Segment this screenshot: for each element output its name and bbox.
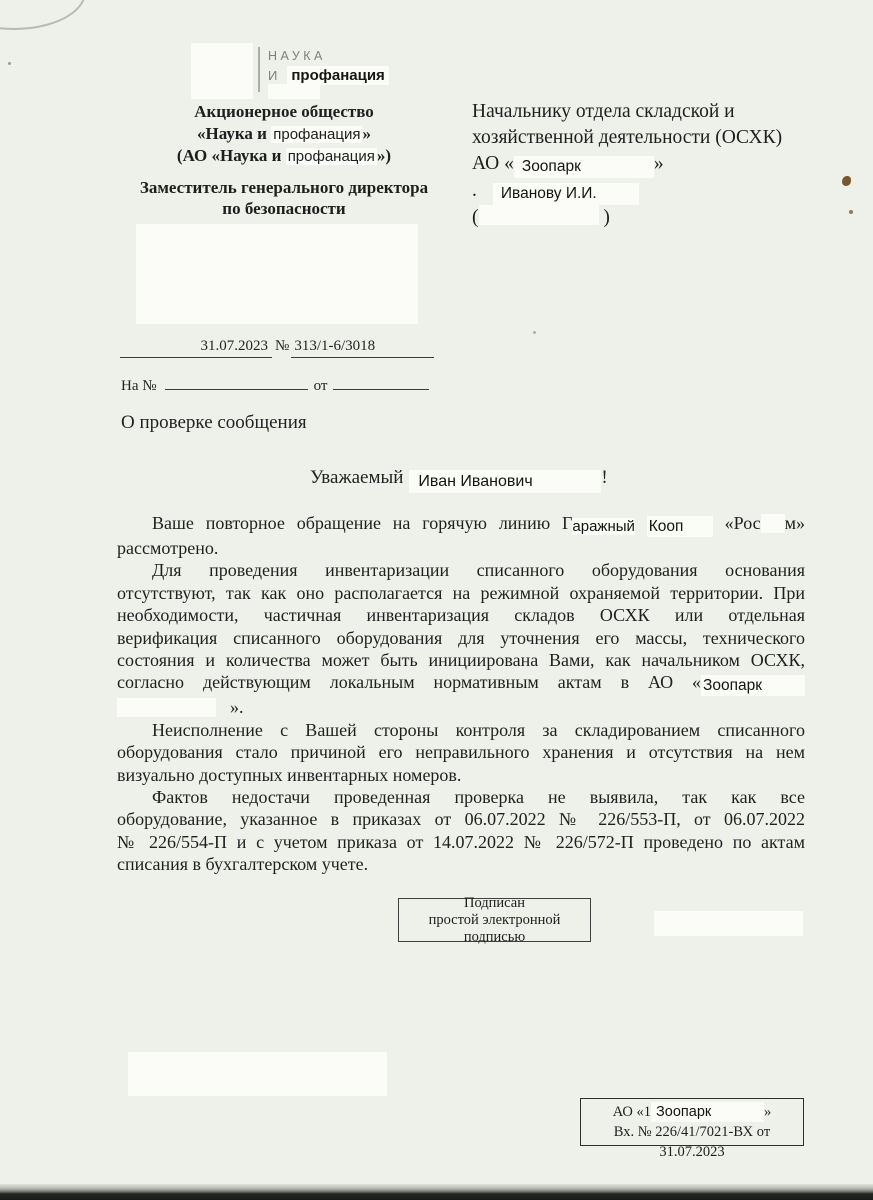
recipient-line3-pre: АО «: [472, 153, 514, 174]
sender-block: Акционерное общество «Наука и профанация…: [118, 101, 450, 220]
recipient-name-overlay: Иванову И.И.: [493, 183, 639, 205]
scan-edge-band: [0, 1184, 873, 1200]
recipient-line3-post: »: [654, 153, 664, 174]
body-line: согласно действующим локальным нормативн…: [117, 671, 805, 696]
body-line: состояния и количества может быть иниции…: [117, 649, 805, 671]
body-line: ».: [117, 696, 805, 718]
letter-number: 313/1-6/3018: [291, 338, 434, 358]
sender-org-line2-overlay: профанация: [271, 126, 362, 143]
subject-line: О проверке сообщения: [121, 412, 307, 434]
incoming-stamp-org-overlay: Зоопарк: [651, 1102, 764, 1122]
reply-reference-line: На №от: [121, 372, 429, 395]
body-line: списания в бухгалтерском учете.: [117, 853, 805, 875]
salutation-greeting: Уважаемый: [310, 467, 403, 488]
recipient-line5-close: ): [603, 207, 610, 228]
sender-org-line2-post: »: [362, 124, 371, 143]
incoming-stamp-line1-post: »: [764, 1104, 771, 1120]
logo-overlay-word: профанация: [287, 66, 388, 85]
body-line: № 226/554-П и с учетом приказа от 14.07.…: [117, 831, 805, 853]
body-paragraph: Ваше повторное обращение на горячую лини…: [117, 512, 805, 559]
sender-role-line1: Заместитель генерального директора: [118, 177, 450, 199]
signature-stamp-line1: Подписан: [399, 895, 590, 912]
overlay-text: Зоопарк: [701, 675, 805, 696]
sender-org-line3: (АО «Наука и профанация»): [118, 145, 450, 168]
sender-org-line2-pre: «Наука и: [197, 124, 267, 143]
body-paragraph: Неисполнение с Вашей стороны контроля за…: [117, 719, 805, 786]
logo-word-1: НАУКА: [268, 49, 389, 63]
header-redaction-box: [136, 224, 418, 324]
recipient-redaction-box: [479, 205, 599, 225]
overlay-text: аражный: [572, 518, 635, 535]
sender-role-line2: по безопасности: [118, 198, 450, 220]
salutation-punct: !: [601, 467, 607, 488]
scan-speck: [533, 331, 536, 334]
body-line: необходимости, частичная инвентаризация …: [117, 604, 805, 626]
scan-speck: [849, 210, 853, 214]
reply-number-blank: [165, 372, 308, 390]
spacer: [216, 712, 230, 713]
body-line: рассмотрено.: [117, 537, 805, 559]
body-line: визуально доступных инвентарных номеров.: [117, 764, 805, 786]
incoming-stamp-line2: Вх. № 226/41/7021-ВХ от 31.07.2023: [581, 1122, 803, 1162]
letter-date: 31.07.2023: [120, 338, 272, 358]
body-paragraph: Для проведения инвентаризации списанного…: [117, 559, 805, 718]
number-sign: №: [275, 338, 289, 354]
salutation-name-overlay: Иван Иванович: [409, 470, 601, 493]
redaction-box: [117, 698, 216, 717]
body-line: Ваше повторное обращение на горячую лини…: [117, 512, 805, 537]
body-line: верификация списанного оборудования для …: [117, 627, 805, 649]
signature-stamp: Подписан простой электронной подписью: [398, 898, 591, 942]
body-line: оборудования стало причиной его неправил…: [117, 741, 805, 763]
scan-speck: [842, 176, 851, 186]
reference-line: 31.07.2023№313/1-6/3018: [120, 338, 434, 358]
scan-speck: [8, 62, 11, 65]
body-line: оборудование, указанное в приказах от 06…: [117, 808, 805, 830]
company-logo: НАУКА Ипрофанация: [268, 49, 389, 84]
recipient-line4-pre: .: [472, 180, 477, 201]
body-line: Фактов недостачи проведенная проверка не…: [117, 786, 805, 808]
sender-org-line1: Акционерное общество: [118, 101, 450, 123]
body-line: Неисполнение с Вашей стороны контроля за…: [117, 719, 805, 741]
footer-redaction-box: [128, 1052, 387, 1096]
logo-divider: [258, 47, 260, 92]
salutation: УважаемыйИван Иванович!: [310, 467, 608, 493]
logo-line3-redaction-box: [268, 84, 320, 99]
scan-corner-artifact: [0, 0, 86, 30]
reply-from-label: от: [314, 378, 328, 394]
redaction-box: [761, 514, 785, 533]
sender-org-line3-pre: (АО «Наука и: [177, 146, 282, 165]
recipient-line2: хозяйственной деятельности (ОСХК): [472, 125, 842, 151]
recipient-block: Начальнику отдела складской и хозяйствен…: [472, 99, 842, 230]
sender-org-line3-overlay: профанация: [286, 148, 377, 165]
incoming-stamp-line1-pre: АО «1: [613, 1104, 651, 1120]
signature-redaction-box: [654, 911, 803, 936]
letter-body: Ваше повторное обращение на горячую лини…: [117, 512, 805, 876]
incoming-stamp: АО «1Зоопарк» Вх. № 226/41/7021-ВХ от 31…: [580, 1098, 804, 1146]
incoming-stamp-line1: АО «1Зоопарк»: [581, 1102, 803, 1122]
overlay-text: Кооп: [647, 516, 713, 537]
reply-label: На №: [121, 378, 157, 394]
sender-org-line2: «Наука и профанация»: [118, 123, 450, 146]
reply-date-blank: [333, 372, 429, 390]
sender-org-line3-post: »): [377, 146, 391, 165]
body-line: отсутствуют, так как оно располагается н…: [117, 582, 805, 604]
body-paragraph: Фактов недостачи проведенная проверка не…: [117, 786, 805, 876]
recipient-line1: Начальнику отдела складской и: [472, 99, 842, 125]
scanned-letter-page: НАУКА Ипрофанация Акционерное общество «…: [0, 0, 873, 1200]
logo-line-2: Ипрофанация: [268, 67, 389, 84]
signature-stamp-line2: простой электронной подписью: [399, 912, 590, 946]
recipient-line3: АО «Зоопарк»: [472, 151, 842, 178]
body-line: Для проведения инвентаризации списанного…: [117, 559, 805, 581]
logo-word-2: И: [268, 68, 277, 83]
recipient-line4: .Иванову И.И.: [472, 178, 842, 205]
recipient-org-overlay: Зоопарк: [514, 156, 654, 178]
recipient-line5: ( ): [472, 205, 842, 231]
logo-redaction-box: [191, 43, 253, 99]
